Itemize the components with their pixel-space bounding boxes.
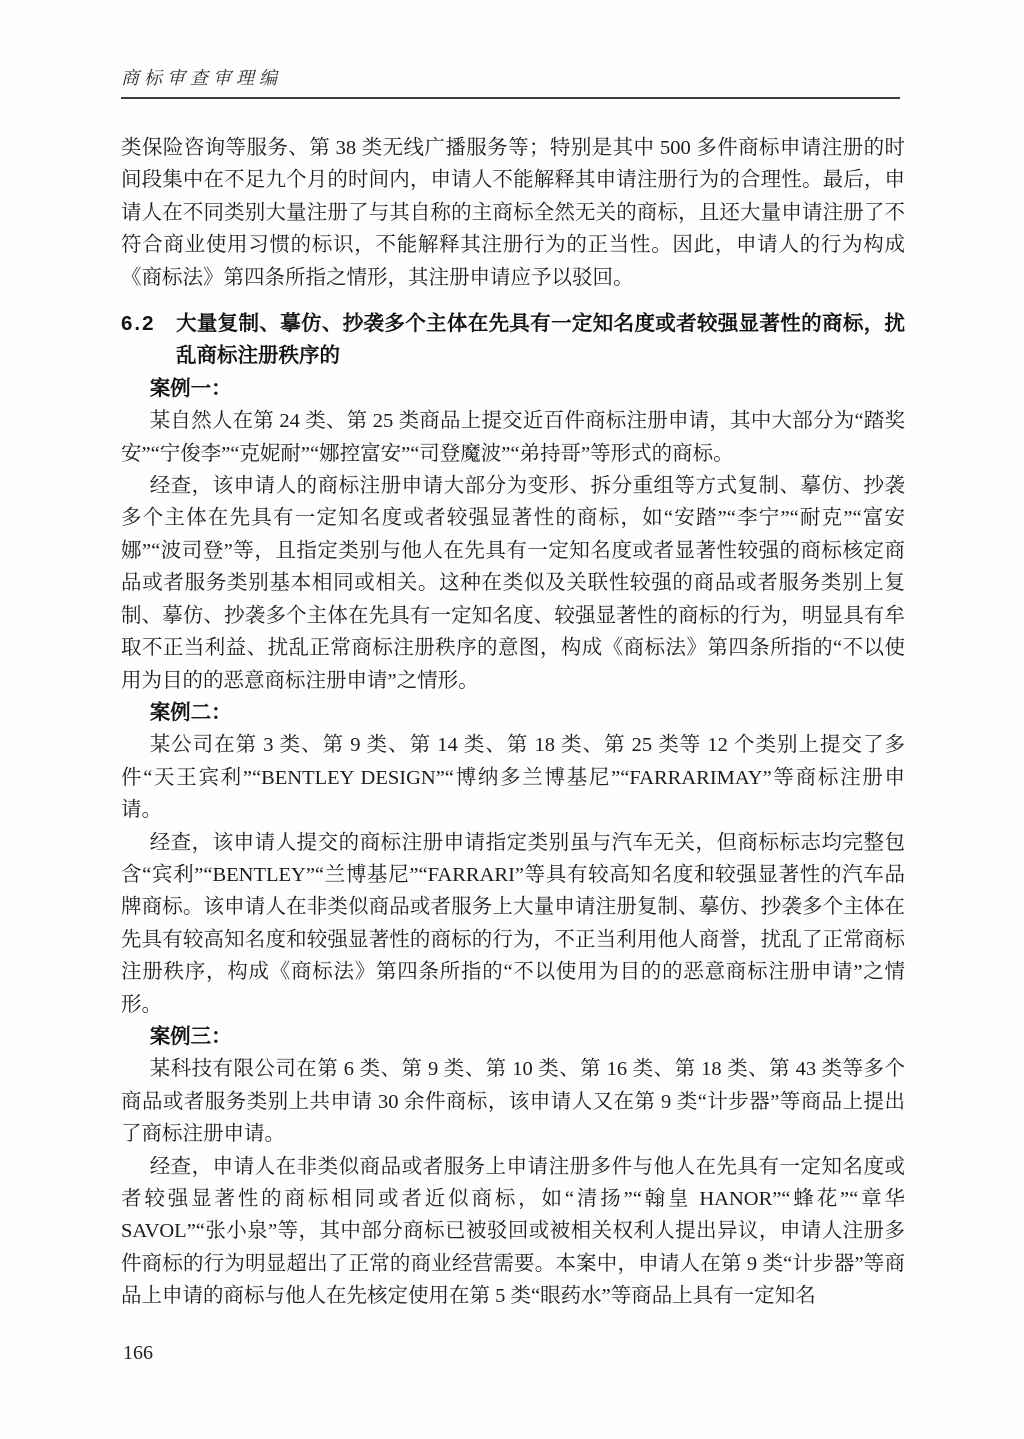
paragraph: 某公司在第 3 类、第 9 类、第 14 类、第 18 类、第 25 类等 12…: [121, 729, 905, 826]
page-header-title: 商标审查审理编: [121, 64, 282, 90]
header-rule: [121, 97, 900, 99]
section-title: 大量复制、摹仿、抄袭多个主体在先具有一定知名度或者较强显著性的商标，扰乱商标注册…: [176, 308, 905, 373]
paragraph-continued: 类保险咨询等服务、第 38 类无线广播服务等；特别是其中 500 多件商标申请注…: [121, 132, 905, 294]
page-body: 类保险咨询等服务、第 38 类无线广播服务等；特别是其中 500 多件商标申请注…: [121, 132, 905, 1313]
document-page: 商标审查审理编 类保险咨询等服务、第 38 类无线广播服务等；特别是其中 500…: [0, 0, 1024, 1439]
case-label-2: 案例二：: [121, 697, 905, 729]
section-number: 6.2: [121, 308, 176, 373]
paragraph: 经查，该申请人的商标注册申请大部分为变形、拆分重组等方式复制、摹仿、抄袭多个主体…: [121, 470, 905, 697]
page-number: 166: [123, 1342, 153, 1365]
paragraph: 经查，申请人在非类似商品或者服务上申请注册多件与他人在先具有一定知名度或者较强显…: [121, 1151, 905, 1313]
paragraph: 某科技有限公司在第 6 类、第 9 类、第 10 类、第 16 类、第 18 类…: [121, 1053, 905, 1150]
paragraph: 经查，该申请人提交的商标注册申请指定类别虽与汽车无关，但商标标志均完整包含“宾利…: [121, 827, 905, 1021]
case-label-1: 案例一：: [121, 373, 905, 405]
page-header: 商标审查审理编: [121, 64, 900, 99]
case-label-3: 案例三：: [121, 1021, 905, 1053]
section-heading: 6.2 大量复制、摹仿、抄袭多个主体在先具有一定知名度或者较强显著性的商标，扰乱…: [121, 308, 905, 373]
paragraph: 某自然人在第 24 类、第 25 类商品上提交近百件商标注册申请，其中大部分为“…: [121, 405, 905, 470]
